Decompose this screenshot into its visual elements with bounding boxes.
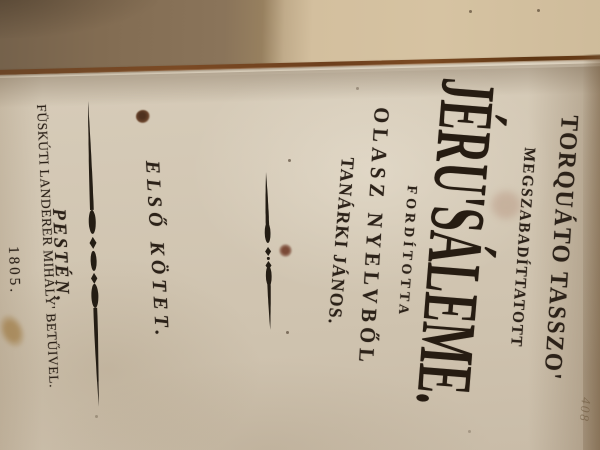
short-swelled-rule-ornament [260,170,276,332]
title-line-main-title: JÉRU'SÁLEME. [404,76,508,409]
page-gutter-shadow [583,54,600,450]
title-line-translator: TANÁRKI JÁNOS. [324,157,356,326]
title-line-language: OLASZ NYELVBŐL [354,107,392,368]
title-line-year: 1805. [5,246,22,295]
speck [468,430,471,433]
title-line-author: TORQUÁTO TASSZO' [539,114,582,382]
speck [469,10,472,13]
speck [288,159,291,162]
book-photo: TORQUÁTO TASSZO' MEGSZABADÍTTATOTT JÉRU'… [0,0,600,450]
speck [537,9,540,12]
title-page: TORQUÁTO TASSZO' MEGSZABADÍTTATOTT JÉRU'… [0,0,600,450]
speck [95,415,98,418]
title-line-subtitle: MEGSZABADÍTTATOTT [507,147,537,348]
title-line-volume: ELSŐ KÖTET. [142,160,172,341]
speck [356,87,359,90]
long-beaded-swelled-rule-ornament [80,100,107,408]
speck [286,331,289,334]
